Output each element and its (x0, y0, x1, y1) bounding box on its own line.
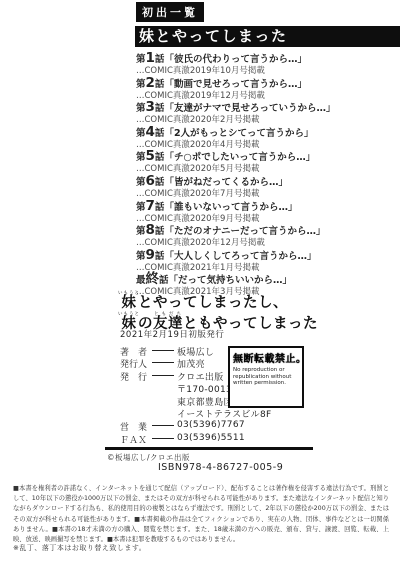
title-kanji: 妹 (118, 295, 140, 311)
list-item: 第9話「大人しくしてろって言うから…」 …COMIC真激2021年1月号掲載 (136, 249, 398, 274)
episode-title: 最終話「だって気持ちいいから…」 (136, 273, 398, 287)
episode-prefix: 第 (136, 79, 146, 90)
credit-label: 発行人 (120, 357, 152, 370)
leader-line (152, 362, 174, 363)
episode-name: 「大人しくしてろって言うから…」 (164, 251, 316, 262)
address-building: イーストテラスビル8F (177, 407, 295, 419)
list-item: 第7話「誰もいないって言うから…」 …COMIC真激2020年9月号掲載 (136, 200, 398, 225)
episode-source: …COMIC真激2019年12月号掲載 (136, 91, 398, 101)
episode-prefix: 第 (136, 103, 146, 114)
stamp-english-text: No reproduction or republication without… (233, 367, 299, 387)
episode-number: 1 (146, 50, 155, 66)
episode-title: 第6話「皆がねだってくるから…」 (136, 175, 398, 189)
edition-date: 2021年2月19日初版発行 (120, 328, 224, 340)
series-title-bar: 妹とやってしまった (135, 26, 400, 47)
episode-source: …COMIC真激2020年4月号掲載 (136, 140, 398, 150)
episode-source: …COMIC真激2021年1月号掲載 (136, 263, 398, 273)
episode-title: 第8話「ただのオナニーだって言うから…」 (136, 224, 398, 238)
episode-suffix: 話 (155, 251, 165, 262)
episode-suffix: 話 (155, 54, 165, 65)
colophon-page: 初出一覧 妹とやってしまった 第1話「彼氏の代わりって言うから…」 …COMIC… (0, 0, 400, 570)
episode-prefix: 第 (136, 226, 146, 237)
episode-source: …COMIC真激2020年7月号掲載 (136, 189, 398, 199)
episode-number: 6 (146, 173, 155, 189)
credit-value: 板場広し (177, 345, 214, 358)
episode-source: …COMIC真激2019年10月号掲載 (136, 66, 398, 76)
book-title-line1: 妹いもうととやってしまったし、 (118, 291, 318, 312)
episode-title: 第5話「チ○ポでしたいって言うから…」 (136, 150, 398, 164)
leader-line (152, 425, 174, 426)
episode-list: 第1話「彼氏の代わりって言うから…」 …COMIC真激2019年10月号掲載 第… (136, 52, 398, 298)
first-publication-badge: 初出一覧 (136, 2, 204, 22)
episode-title: 第2話「動画で見せろって言うから…」 (136, 77, 398, 91)
furigana: ともだち (153, 312, 183, 317)
episode-prefix: 第 (136, 54, 146, 65)
list-item: 第1話「彼氏の代わりって言うから…」 …COMIC真激2019年10月号掲載 (136, 52, 398, 77)
episode-suffix: 話 (155, 103, 165, 114)
furigana: いもうと (118, 291, 140, 296)
isbn-number: ISBN978-4-86727-005-9 (158, 462, 283, 473)
no-reproduction-stamp: 無断転載禁止。 No reproduction or republication… (228, 346, 304, 408)
credit-label: 営 業 (120, 420, 152, 433)
credit-value: クロエ出版 (177, 370, 224, 383)
credit-value: 03(5396)7767 (177, 420, 245, 430)
episode-prefix: 第 (136, 177, 146, 188)
stamp-japanese-text: 無断転載禁止。 (233, 350, 299, 365)
episode-name: 「皆がねだってくるから…」 (164, 177, 288, 188)
credit-label: ＦＡＸ (120, 433, 152, 446)
episode-number: 3 (146, 99, 155, 115)
credit-value: 03(5396)5511 (177, 433, 245, 443)
episode-number: 2 (146, 75, 155, 91)
leader-line (152, 350, 174, 351)
episode-name: 「チ○ポでしたいって言うから…」 (164, 152, 315, 163)
list-item: 第5話「チ○ポでしたいって言うから…」 …COMIC真激2020年5月号掲載 (136, 150, 398, 175)
episode-suffix: 話 (155, 152, 165, 163)
episode-prefix: 第 (136, 251, 146, 262)
episode-source: …COMIC真激2020年12月号掲載 (136, 238, 398, 248)
episode-name: 「ただのオナニーだって言うから…」 (164, 226, 325, 237)
episode-suffix: 話 (155, 226, 165, 237)
leader-line (152, 438, 174, 439)
credit-value: 加茂亮 (177, 357, 205, 370)
episode-prefix: 最 (136, 275, 146, 286)
episode-title: 第9話「大人しくしてろって言うから…」 (136, 249, 398, 263)
episode-name: 「2人がもっとシてって言うから」 (164, 128, 313, 139)
episode-number: 8 (146, 222, 155, 238)
episode-suffix: 話 (155, 79, 165, 90)
credit-row-fax: ＦＡＸ03(5396)5511 (120, 433, 295, 445)
list-item: 第8話「ただのオナニーだって言うから…」 …COMIC真激2020年12月号掲載 (136, 224, 398, 249)
episode-title: 第3話「友達がナマで見せろっていうから…」 (136, 101, 398, 115)
episode-title: 第4話「2人がもっとシてって言うから」 (136, 126, 398, 140)
episode-source: …COMIC真激2020年2月号掲載 (136, 115, 398, 125)
list-item: 第2話「動画で見せろって言うから…」 …COMIC真激2019年12月号掲載 (136, 77, 398, 102)
episode-title: 第1話「彼氏の代わりって言うから…」 (136, 52, 398, 66)
episode-prefix: 第 (136, 128, 146, 139)
episode-name: 「誰もいないって言うから…」 (164, 202, 297, 213)
episode-suffix: 話 (155, 128, 165, 139)
credit-label: 著 者 (120, 345, 152, 358)
list-item: 第4話「2人がもっとシてって言うから」 …COMIC真激2020年4月号掲載 (136, 126, 398, 151)
episode-prefix: 第 (136, 202, 146, 213)
episode-source: …COMIC真激2020年5月号掲載 (136, 164, 398, 174)
episode-number: 終 (146, 271, 160, 287)
furigana: いもうと (118, 312, 140, 317)
credit-row-sales-phone: 営 業03(5396)7767 (120, 420, 295, 432)
list-item: 第6話「皆がねだってくるから…」 …COMIC真激2020年7月号掲載 (136, 175, 398, 200)
episode-name: 「彼氏の代わりって言うから…」 (164, 54, 307, 65)
episode-number: 9 (146, 247, 155, 263)
replacement-note: ※乱丁、落丁本はお取り替え致します。 (13, 543, 146, 553)
episode-title: 第7話「誰もいないって言うから…」 (136, 200, 398, 214)
episode-suffix: 話 (159, 275, 169, 286)
episode-name: 「友達がナマで見せろっていうから…」 (164, 103, 335, 114)
episode-name: 「動画で見せろって言うから…」 (164, 79, 307, 90)
title-text: とやってしまったし、 (138, 295, 288, 311)
list-item: 第3話「友達がナマで見せろっていうから…」 …COMIC真激2020年2月号掲載 (136, 101, 398, 126)
episode-suffix: 話 (155, 202, 165, 213)
episode-number: 4 (146, 124, 155, 140)
episode-name: 「だって気持ちいいから…」 (169, 275, 293, 286)
episode-prefix: 第 (136, 152, 146, 163)
episode-number: 7 (146, 198, 155, 214)
book-title: 妹いもうととやってしまったし、 妹いもうとの友達ともだちともやってしまった (118, 291, 318, 333)
divider (105, 447, 313, 450)
episode-source: …COMIC真激2020年9月号掲載 (136, 214, 398, 224)
credit-label: 発 行 (120, 370, 152, 383)
episode-suffix: 話 (155, 177, 165, 188)
legal-notice: ■本書を権利者の許諾なく、インターネットを通じて配信（アップロード）、配布するこ… (13, 484, 389, 545)
leader-line (152, 375, 174, 376)
episode-number: 5 (146, 148, 155, 164)
